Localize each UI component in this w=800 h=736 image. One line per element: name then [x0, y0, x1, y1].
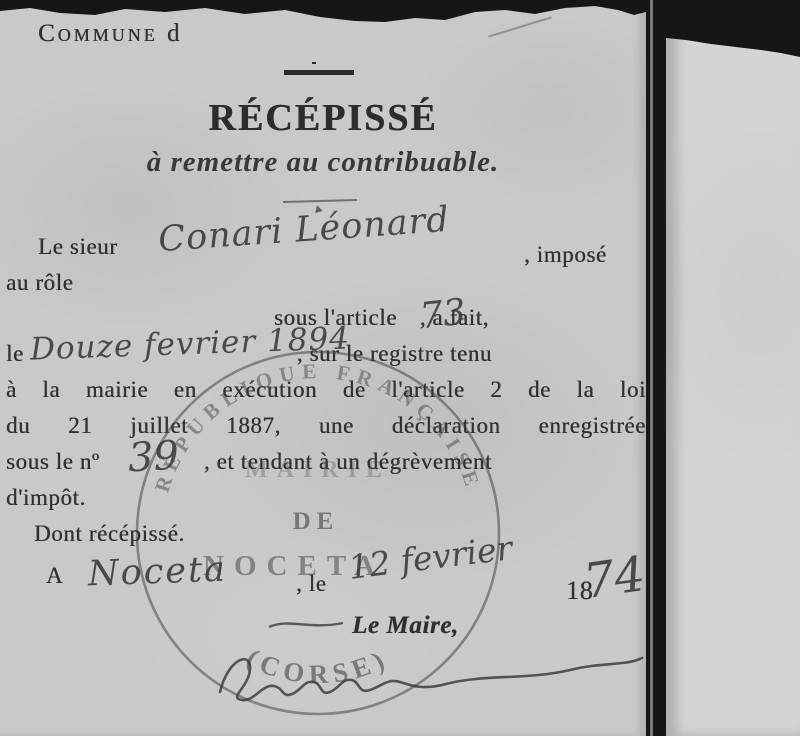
- line-degrevement: , et tendant à un dégrèvement: [204, 449, 492, 475]
- name-overline-flourish: [283, 199, 357, 203]
- mayor-signature: [198, 636, 658, 720]
- line-le-mid: , le: [296, 571, 327, 597]
- handwritten-receipt-year: 74: [580, 546, 648, 610]
- line-a-prefix: A: [46, 563, 63, 589]
- adjacent-page: [666, 0, 800, 736]
- commune-word: Commune: [38, 20, 158, 47]
- page-title: RÉCÉPISSÉ: [0, 96, 646, 140]
- handwritten-article-number: 73: [418, 292, 468, 338]
- commune-suffix: d: [167, 20, 183, 47]
- pen-dash-squiggle: [265, 614, 349, 636]
- line-numero-prefix: sous le nº: [6, 449, 100, 475]
- pencil-stroke: [488, 16, 552, 37]
- divider-dot: [312, 62, 316, 64]
- page-gutter-highlight: [650, 0, 653, 736]
- line-juillet: du 21 juillet 1887, une déclaration enre…: [6, 413, 646, 439]
- line-impose-suffix: , imposé: [524, 242, 607, 268]
- handwritten-taxpayer-name: Conari Léonard: [157, 200, 451, 260]
- line-le-prefix: le: [6, 341, 24, 367]
- line-dont-recepisse: Dont récépissé.: [34, 521, 185, 547]
- divider-rule: [284, 70, 354, 75]
- line-au-role: au rôle: [6, 270, 73, 296]
- commune-label: Commune d: [38, 20, 182, 48]
- line-mairie: à la mairie en exécution de l'article 2 …: [6, 377, 646, 403]
- stamp-de-text: DE: [293, 508, 340, 535]
- handwritten-registration-number: 39: [127, 433, 180, 482]
- handwritten-place: Noceta: [87, 550, 227, 595]
- handwritten-receipt-day-month: 12 fevrier: [346, 528, 514, 587]
- line-impot: d'impôt.: [6, 485, 86, 511]
- receipt-page: Commune d RÉCÉPISSÉ à remettre au contri…: [0, 0, 646, 736]
- line-sieur-prefix: Le sieur: [38, 234, 118, 260]
- page-subtitle: à remettre au contribuable.: [0, 146, 646, 179]
